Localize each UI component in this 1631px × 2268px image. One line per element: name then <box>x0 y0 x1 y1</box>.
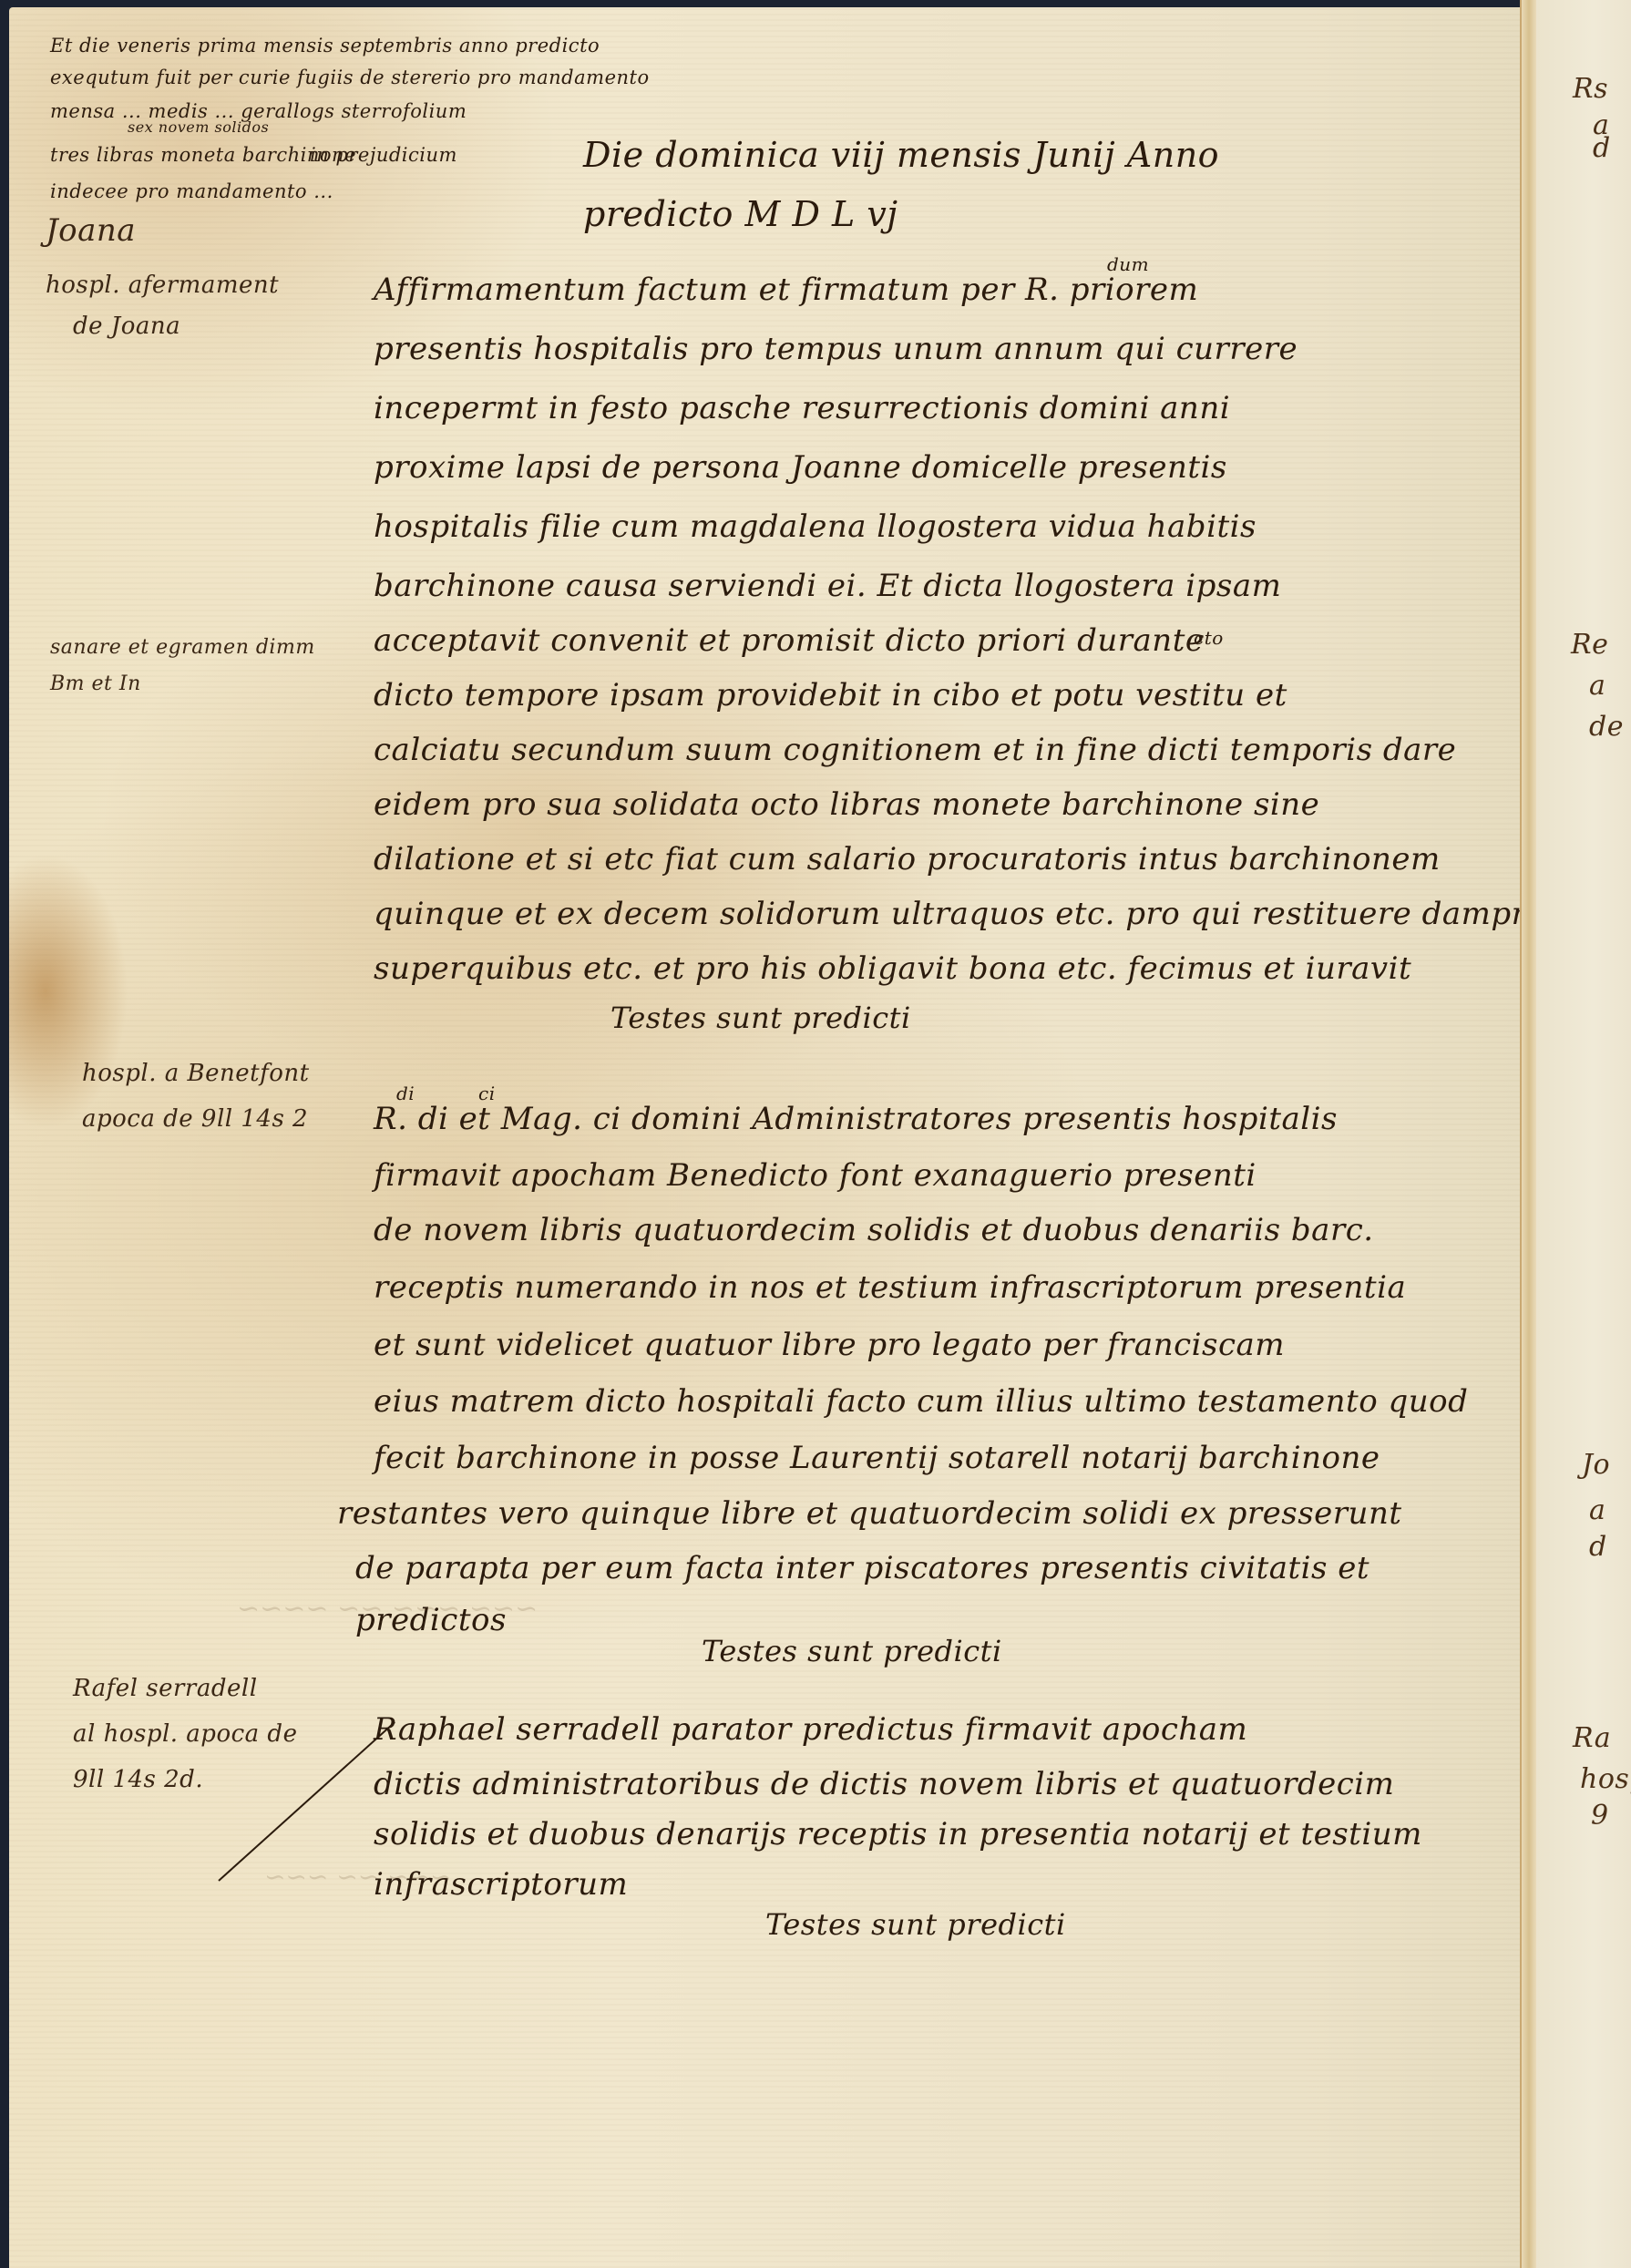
top-note-line: exequtum fuit per curie fugiis de sterer… <box>50 67 650 88</box>
text-line: solidis et duobus denarijs receptis in p… <box>374 1816 1422 1852</box>
text-line: dictis administratoribus de dictis novem… <box>374 1766 1394 1802</box>
margin-label: Rafel serradell <box>73 1675 258 1702</box>
text-line: dicto tempore ipsam providebit in cibo e… <box>374 677 1287 713</box>
margin-label: hospl. afermament <box>46 272 279 299</box>
text-line: Raphael serradell parator predictus firm… <box>374 1711 1247 1748</box>
text-line: receptis numerando in nos et testium inf… <box>374 1269 1406 1306</box>
facing-fragment: a <box>1589 670 1605 702</box>
margin-note: sanare et egramen dimm <box>50 636 315 659</box>
facing-fragment: Re <box>1571 629 1608 661</box>
book-gutter <box>1520 0 1538 2268</box>
text-line: acceptavit convenit et promisit dicto pr… <box>374 622 1204 659</box>
margin-label: de Joana <box>73 313 180 340</box>
entry3-signoff: Testes sunt predicti <box>765 1907 1066 1942</box>
manuscript-page: Et die veneris prima mensis septembris a… <box>9 7 1531 2268</box>
text-line: hospitalis filie cum magdalena llogoster… <box>374 508 1257 545</box>
text-line: restantes vero quinque libre et quatuord… <box>337 1495 1402 1532</box>
text-line: calciatu secundum suum cognitionem et in… <box>374 732 1456 768</box>
top-note-line: indecee pro mandamento ... <box>50 180 333 202</box>
entry2-signoff: Testes sunt predicti <box>702 1634 1002 1668</box>
margin-name-joana: Joana <box>46 212 136 249</box>
facing-fragment: d <box>1593 132 1611 164</box>
facing-fragment: d <box>1589 1531 1607 1563</box>
text-line: eidem pro sua solidata octo libras monet… <box>374 786 1319 823</box>
facing-fragment: a <box>1589 1494 1605 1526</box>
facing-fragment: de <box>1589 711 1624 743</box>
top-note-line: Et die veneris prima mensis septembris a… <box>50 35 600 56</box>
text-line: firmavit apocham Benedicto font exanague… <box>374 1157 1257 1194</box>
text-line: et sunt videlicet quatuor libre pro lega… <box>374 1327 1285 1363</box>
entry1-heading: Die dominica viij mensis Junij Anno <box>583 135 1219 175</box>
margin-label: 9ll 14s 2d. <box>73 1766 203 1793</box>
text-line: superquibus etc. et pro his obligavit bo… <box>374 950 1411 987</box>
margin-label: hospl. a Benetfont <box>82 1060 310 1087</box>
text-line: barchinone causa serviendi ei. Et dicta … <box>374 568 1281 604</box>
margin-note: Bm et In <box>50 672 141 695</box>
bleed-through: ~~~ ~~ ~~~ <box>264 1862 452 1892</box>
text-line: Affirmamentum factum et firmatum per R. … <box>374 272 1198 308</box>
facing-fragment: 9 <box>1591 1800 1609 1832</box>
text-line: incepermt in festo pasche resurrectionis… <box>374 390 1230 426</box>
top-note-trailing: in prejudicium <box>310 144 457 166</box>
text-line: quinque et ex decem solidorum ultraquos … <box>374 896 1551 932</box>
text-line: dilatione et si etc fiat cum salario pro… <box>374 841 1441 877</box>
text-line: de novem libris quatuordecim solidis et … <box>374 1212 1374 1248</box>
facing-page: Rs a d Re a de Jo a d Ra hosp 9 <box>1536 0 1631 2268</box>
bleed-through: ~~~ ~~~ ~~ ~~~~ <box>237 1593 538 1625</box>
facing-fragment: Ra <box>1573 1722 1611 1754</box>
text-line: eius matrem dicto hospitali facto cum il… <box>374 1383 1468 1420</box>
margin-label: al hospl. apoca de <box>73 1720 297 1748</box>
facing-fragment: Jo <box>1582 1449 1610 1481</box>
facing-fragment: Rs <box>1573 73 1608 105</box>
text-line: presentis hospitalis pro tempus unum ann… <box>374 331 1298 367</box>
text-line: fecit barchinone in posse Laurentij sota… <box>374 1440 1380 1476</box>
top-note-interlinear: sex novem solidos <box>128 118 269 136</box>
text-line: R. di et Mag. ci domini Administratores … <box>374 1101 1338 1137</box>
facing-fragment: hosp <box>1580 1763 1631 1795</box>
entry1-heading-year: predicto M D L vj <box>583 194 898 234</box>
text-line: proxime lapsi de persona Joanne domicell… <box>374 449 1227 486</box>
text-line: de parapta per eum facta inter piscatore… <box>355 1550 1369 1586</box>
margin-label: apoca de 9ll 14s 2 <box>82 1105 308 1133</box>
entry1-signoff: Testes sunt predicti <box>610 1001 911 1035</box>
